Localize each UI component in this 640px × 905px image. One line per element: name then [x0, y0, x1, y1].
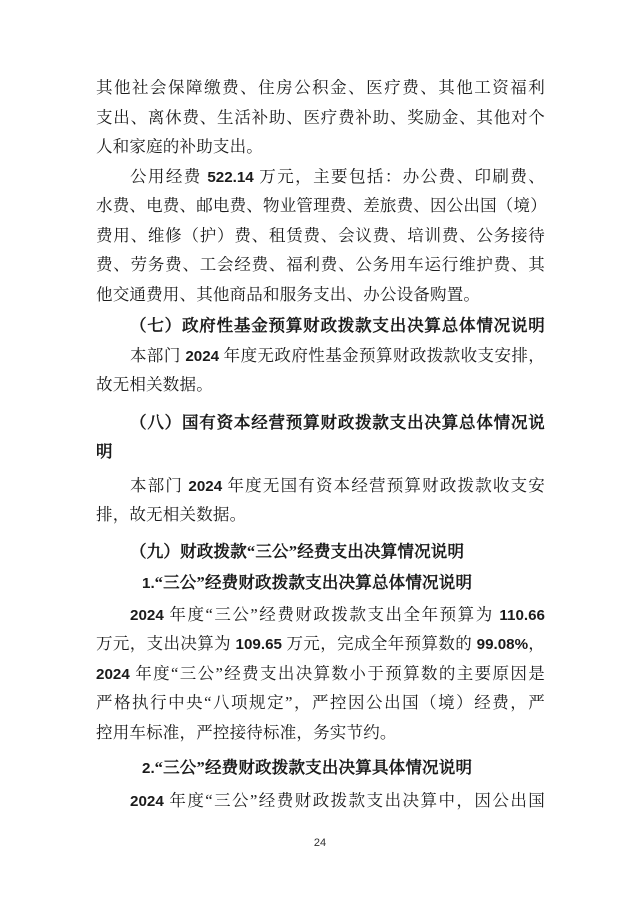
- section-heading-7: （七）政府性基金预算财政拨款支出决算总体情况说明: [96, 311, 545, 341]
- body-line: 故无相关数据。: [96, 370, 545, 400]
- body-line: 公用经费 522.14 万元，主要包括：办公费、印刷费、: [96, 162, 545, 192]
- section-heading-8-cont: 明: [96, 437, 545, 467]
- body-line: 2024 年度“三公”经费财政拨款支出决算中，因公出国: [96, 786, 545, 816]
- body-line: 控用车标准，严控接待标准，务实节约。: [96, 718, 545, 748]
- subsection-heading-1: 1.“三公”经费财政拨款支出决算总体情况说明: [96, 568, 545, 598]
- numeral: 2024: [185, 348, 219, 365]
- body-line: 万元，支出决算为 109.65 万元，完成全年预算数的 99.08%，: [96, 629, 545, 659]
- numeral: 110.66: [499, 607, 545, 624]
- subsection-heading-2: 2.“三公”经费财政拨款支出决算具体情况说明: [96, 753, 545, 783]
- numeral: 2.: [142, 760, 155, 777]
- numeral: 99.08%: [477, 636, 528, 653]
- body-line: 排，故无相关数据。: [96, 500, 545, 530]
- document-page: 其他社会保障缴费、住房公积金、医疗费、其他工资福利 支出、离休费、生活补助、医疗…: [0, 0, 640, 905]
- body-line: 费、劳务费、工会经费、福利费、公务用车运行维护费、其: [96, 250, 545, 280]
- body-line: 2024 年度“三公”经费支出决算数小于预算数的主要原因是: [96, 659, 545, 689]
- body-line: 人和家庭的补助支出。: [96, 132, 545, 162]
- numeral: 109.65: [236, 636, 282, 653]
- page-number: 24: [0, 837, 640, 849]
- page-body: 其他社会保障缴费、住房公积金、医疗费、其他工资福利 支出、离休费、生活补助、医疗…: [96, 73, 545, 815]
- section-heading-9: （九）财政拨款“三公”经费支出决算情况说明: [96, 537, 545, 567]
- section-heading-8: （八）国有资本经营预算财政拨款支出决算总体情况说: [96, 408, 545, 438]
- body-line: 本部门 2024 年度无政府性基金预算财政拨款收支安排，: [96, 341, 545, 371]
- numeral: 1.: [142, 575, 155, 592]
- numeral: 2024: [130, 793, 164, 810]
- body-line: 其他社会保障缴费、住房公积金、医疗费、其他工资福利: [96, 73, 545, 103]
- body-line: 2024 年度“三公”经费财政拨款支出全年预算为 110.66: [96, 600, 545, 630]
- numeral: 2024: [96, 666, 130, 683]
- body-line: 支出、离休费、生活补助、医疗费补助、奖励金、其他对个: [96, 103, 545, 133]
- numeral: 2024: [130, 607, 164, 624]
- body-line: 严格执行中央“八项规定”，严控因公出国（境）经费，严: [96, 688, 545, 718]
- body-line: 他交通费用、其他商品和服务支出、办公设备购置。: [96, 280, 545, 310]
- body-line: 费用、维修（护）费、租赁费、会议费、培训费、公务接待: [96, 221, 545, 251]
- body-line: 水费、电费、邮电费、物业管理费、差旅费、因公出国（境）: [96, 191, 545, 221]
- body-line: 本部门 2024 年度无国有资本经营预算财政拨款收支安: [96, 471, 545, 501]
- numeral: 522.14: [207, 169, 253, 186]
- numeral: 2024: [188, 478, 222, 495]
